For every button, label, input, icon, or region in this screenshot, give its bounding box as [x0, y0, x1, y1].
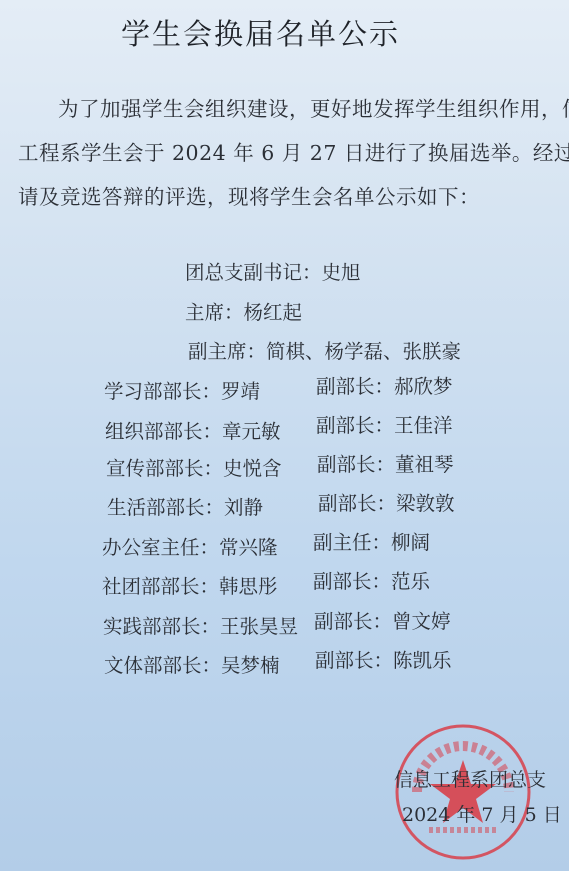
person-name: 常兴隆	[219, 536, 278, 559]
person-name: 史旭	[322, 261, 361, 284]
person-name: 刘静	[224, 496, 263, 519]
dept-row-life-head: 生活部部长：刘静	[107, 492, 263, 520]
person-name: 陈凯乐	[393, 649, 452, 672]
role-label: 办公室主任：	[102, 536, 219, 559]
role-label: 实践部部长：	[103, 615, 220, 638]
dept-row-practice-deputy: 副部长：曾文婷	[314, 606, 451, 634]
role-label: 生活部部长：	[107, 496, 224, 519]
dept-row-life-deputy: 副部长：梁敦敦	[318, 488, 455, 516]
person-name: 柳阔	[391, 531, 430, 554]
dept-row-sports-deputy: 副部长：陈凯乐	[315, 645, 452, 673]
person-name: 简棋、杨学磊、张朕豪	[266, 340, 461, 363]
title-text: 学生会换届名单公示	[121, 17, 400, 51]
person-name: 梁敦敦	[396, 492, 455, 515]
person-name: 王佳洋	[394, 414, 453, 437]
person-name: 史悦含	[223, 457, 282, 480]
person-name: 董祖琴	[395, 453, 454, 476]
intro-line-1: 为了加强学生会组织建设，更好地发挥学生组织作用，信息	[58, 92, 569, 122]
role-label: 副部长：	[316, 375, 394, 398]
dept-row-publicity-head: 宣传部部长：史悦含	[106, 453, 282, 481]
dept-row-club-deputy: 副部长：范乐	[313, 566, 430, 594]
signature-date: 2024 年 7 月 5 日	[402, 800, 562, 827]
dept-row-organization-deputy: 副部长：王佳洋	[316, 410, 453, 438]
dept-row-club-head: 社团部部长：韩思彤	[102, 571, 278, 599]
leader-row-chair: 主席：杨红起	[185, 297, 302, 325]
role-label: 学习部部长：	[104, 380, 221, 403]
role-label: 主席：	[185, 301, 244, 324]
person-name: 罗靖	[221, 380, 260, 403]
red-star-seal-icon	[393, 722, 533, 862]
role-label: 宣传部部长：	[106, 457, 223, 480]
role-label: 副部长：	[316, 414, 394, 437]
dept-row-publicity-deputy: 副部长：董祖琴	[317, 449, 454, 477]
leader-row-deputy-secretary: 团总支副书记：史旭	[185, 257, 361, 285]
document-title: 学生会换届名单公示	[0, 12, 569, 53]
person-name: 韩思彤	[219, 575, 278, 598]
signature-org: 信息工程系团总支	[394, 765, 546, 792]
person-name: 王张昊昱	[220, 615, 298, 638]
leader-row-vice-chair: 副主席：简棋、杨学磊、张朕豪	[188, 336, 461, 364]
intro-line-2: 工程系学生会于 2024 年 6 月 27 日进行了换届选举。经过个人申	[18, 136, 569, 166]
dept-row-study-deputy: 副部长：郝欣梦	[316, 371, 453, 399]
dept-row-office-deputy: 副主任：柳阔	[313, 527, 430, 555]
role-label: 副部长：	[313, 570, 391, 593]
role-label: 组织部部长：	[105, 420, 222, 443]
role-label: 副主任：	[313, 531, 391, 554]
dept-row-study-head: 学习部部长：罗靖	[104, 376, 260, 404]
role-label: 副部长：	[314, 610, 392, 633]
person-name: 杨红起	[244, 301, 303, 324]
person-name: 章元敏	[222, 420, 281, 443]
role-label: 副主席：	[188, 340, 266, 363]
dept-row-office-head: 办公室主任：常兴隆	[102, 532, 278, 560]
role-label: 社团部部长：	[102, 575, 219, 598]
intro-line-3: 请及竞选答辩的评选，现将学生会名单公示如下：	[18, 180, 480, 210]
person-name: 曾文婷	[392, 610, 451, 633]
person-name: 范乐	[391, 570, 430, 593]
role-label: 团总支副书记：	[185, 261, 322, 284]
role-label: 文体部部长：	[104, 654, 221, 677]
role-label: 副部长：	[318, 492, 396, 515]
role-label: 副部长：	[315, 649, 393, 672]
dept-row-practice-head: 实践部部长：王张昊昱	[103, 611, 298, 639]
dept-row-sports-head: 文体部部长：吴梦楠	[104, 650, 280, 678]
role-label: 副部长：	[317, 453, 395, 476]
person-name: 吴梦楠	[221, 654, 280, 677]
person-name: 郝欣梦	[394, 375, 453, 398]
dept-row-organization-head: 组织部部长：章元敏	[105, 416, 281, 444]
